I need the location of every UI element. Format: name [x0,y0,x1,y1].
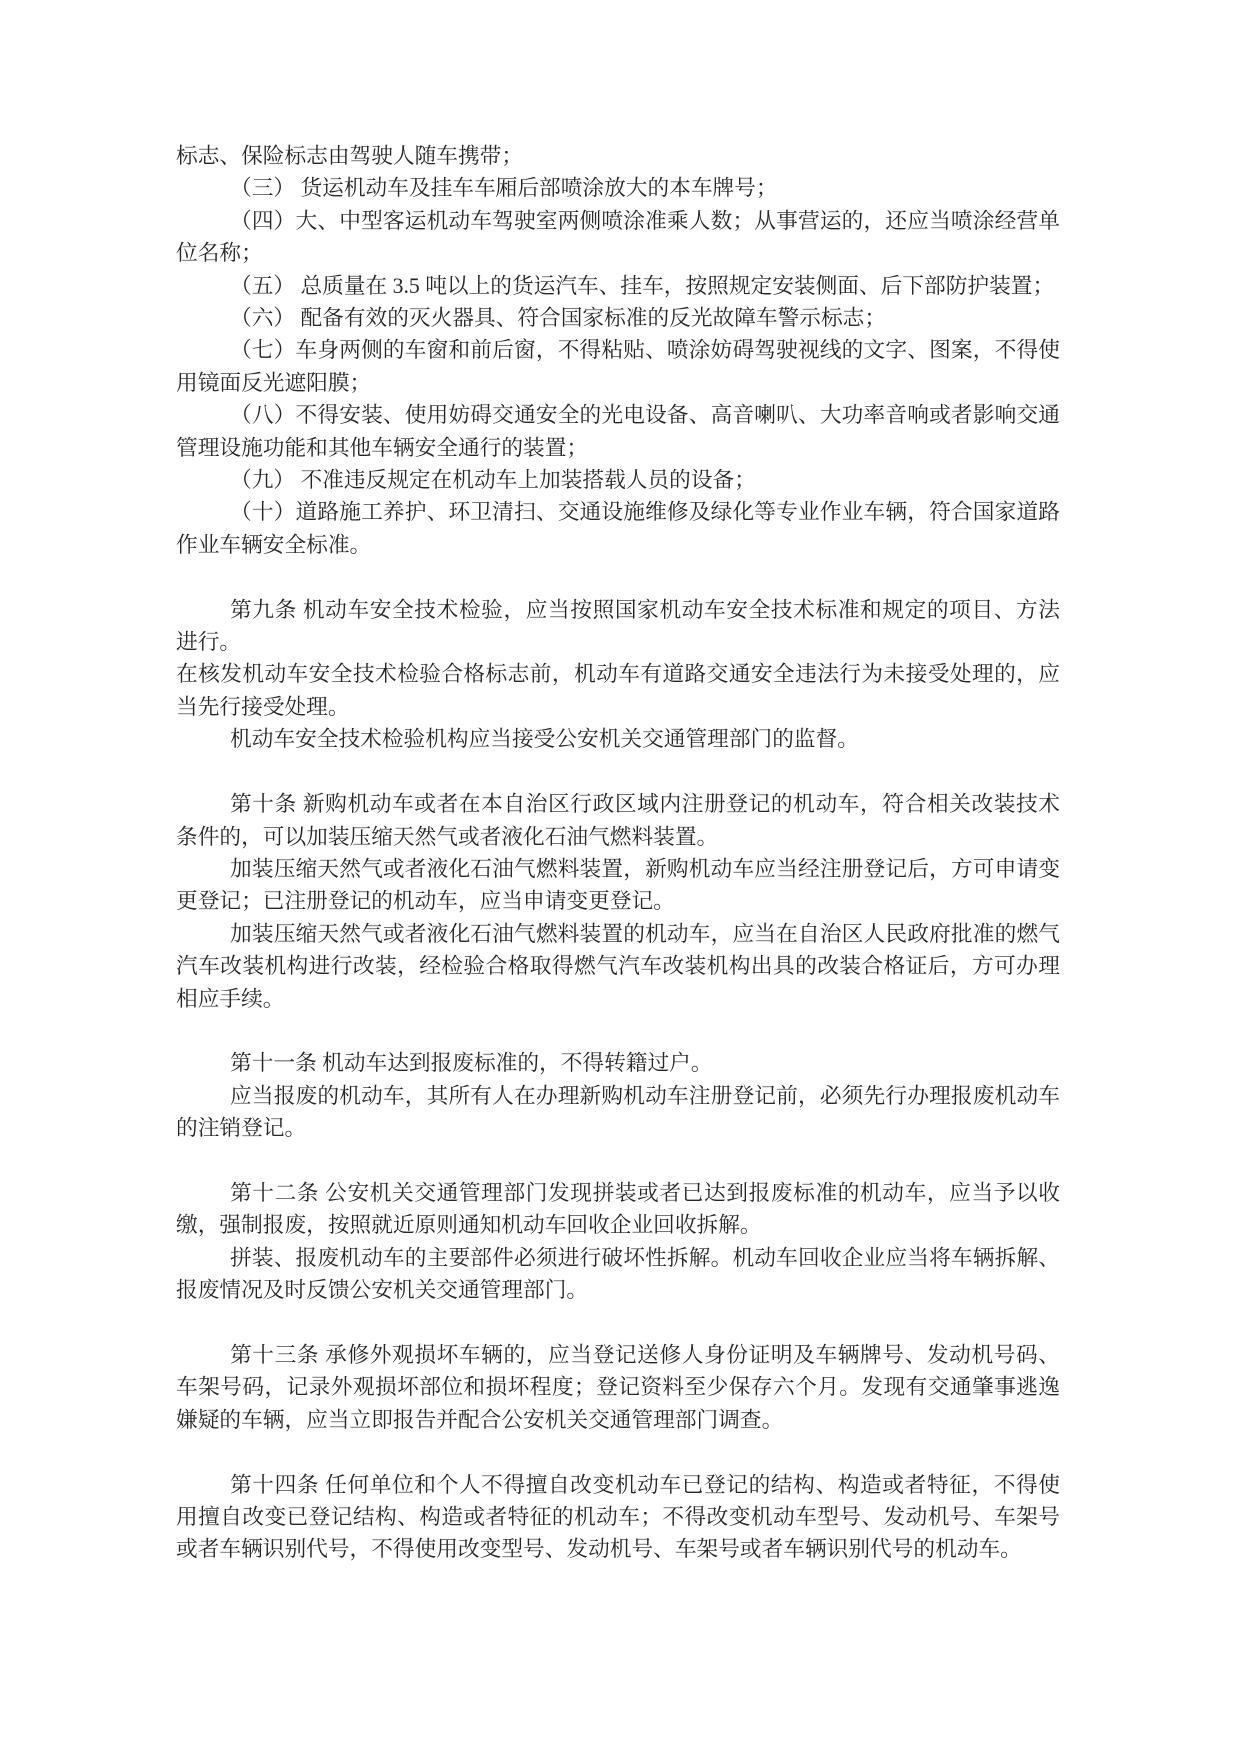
text-line: （八）不得安装、使用妨碍交通安全的光电设备、高音喇叭、大功率音响或者影响交通 [176,399,1060,431]
document-body: 标志、保险标志由驾驶人随车携带； （三） 货运机动车及挂车车厢后部喷涂放大的本车… [176,140,1060,1566]
text-line: 位名称； [176,237,1060,269]
text-line: 应当报废的机动车，其所有人在办理新购机动车注册登记前，必须先行办理报废机动车 [176,1080,1060,1112]
text-line: 拼装、报废机动车的主要部件必须进行破坏性拆解。机动车回收企业应当将车辆拆解、 [176,1242,1060,1274]
paragraph-block-article-12: 第十二条 公安机关交通管理部门发现拼装或者已达到报废标准的机动车，应当予以收 缴… [176,1177,1060,1307]
document-page: 标志、保险标志由驾驶人随车携带； （三） 货运机动车及挂车车厢后部喷涂放大的本车… [0,0,1241,1754]
text-line: （六） 配备有效的灭火器具、符合国家标准的反光故障车警示标志； [176,302,1060,334]
text-line: 用镜面反光遮阳膜； [176,367,1060,399]
text-line: 嫌疑的车辆，应当立即报告并配合公安机关交通管理部门调查。 [176,1404,1060,1436]
text-line: 相应手续。 [176,983,1060,1015]
text-line: 第十二条 公安机关交通管理部门发现拼装或者已达到报废标准的机动车，应当予以收 [176,1177,1060,1209]
text-line: （四）大、中型客运机动车驾驶室两侧喷涂准乘人数；从事营运的，还应当喷涂经营单 [176,205,1060,237]
paragraph-block-vehicle-requirement-items: 标志、保险标志由驾驶人随车携带； （三） 货运机动车及挂车车厢后部喷涂放大的本车… [176,140,1060,561]
text-line: （十）道路施工养护、环卫清扫、交通设施维修及绿化等专业作业车辆，符合国家道路 [176,496,1060,528]
text-line: 第十一条 机动车达到报废标准的，不得转籍过户。 [176,1047,1060,1079]
paragraph-block-article-9: 第九条 机动车安全技术检验，应当按照国家机动车安全技术标准和规定的项目、方法 进… [176,594,1060,756]
text-line: 车架号码，记录外观损坏部位和损坏程度；登记资料至少保存六个月。发现有交通肇事逃逸 [176,1371,1060,1403]
text-line: 加装压缩天然气或者液化石油气燃料装置的机动车，应当在自治区人民政府批准的燃气 [176,918,1060,950]
text-line: 在核发机动车安全技术检验合格标志前，机动车有道路交通安全违法行为未接受处理的，应 [176,658,1060,690]
text-line: 作业车辆安全标准。 [176,529,1060,561]
text-line: 汽车改装机构进行改装，经检验合格取得燃气汽车改装机构出具的改装合格证后，方可办理 [176,950,1060,982]
text-line: 管理设施功能和其他车辆安全通行的装置； [176,432,1060,464]
text-line: 机动车安全技术检验机构应当接受公安机关交通管理部门的监督。 [176,723,1060,755]
text-line: 当先行接受处理。 [176,691,1060,723]
text-line: 标志、保险标志由驾驶人随车携带； [176,140,1060,172]
text-line: 缴，强制报废，按照就近原则通知机动车回收企业回收拆解。 [176,1209,1060,1241]
text-line: （七）车身两侧的车窗和前后窗，不得粘贴、喷涂妨碍驾驶视线的文字、图案，不得使 [176,334,1060,366]
text-line: （三） 货运机动车及挂车车厢后部喷涂放大的本车牌号； [176,172,1060,204]
paragraph-block-article-14: 第十四条 任何单位和个人不得擅自改变机动车已登记的结构、构造或者特征，不得使 用… [176,1469,1060,1566]
text-line: 报废情况及时反馈公安机关交通管理部门。 [176,1274,1060,1306]
text-line: 更登记；已注册登记的机动车，应当申请变更登记。 [176,885,1060,917]
text-line: 或者车辆识别代号，不得使用改变型号、发动机号、车架号或者车辆识别代号的机动车。 [176,1533,1060,1565]
paragraph-block-article-13: 第十三条 承修外观损坏车辆的，应当登记送修人身份证明及车辆牌号、发动机号码、 车… [176,1339,1060,1436]
text-line: 条件的，可以加装压缩天然气或者液化石油气燃料装置。 [176,821,1060,853]
text-line: 第十四条 任何单位和个人不得擅自改变机动车已登记的结构、构造或者特征，不得使 [176,1469,1060,1501]
text-line: 第十条 新购机动车或者在本自治区行政区域内注册登记的机动车，符合相关改装技术 [176,788,1060,820]
text-line: 第十三条 承修外观损坏车辆的，应当登记送修人身份证明及车辆牌号、发动机号码、 [176,1339,1060,1371]
text-line: 第九条 机动车安全技术检验，应当按照国家机动车安全技术标准和规定的项目、方法 [176,594,1060,626]
paragraph-block-article-11: 第十一条 机动车达到报废标准的，不得转籍过户。 应当报废的机动车，其所有人在办理… [176,1047,1060,1144]
text-line: （九） 不准违反规定在机动车上加装搭载人员的设备； [176,464,1060,496]
text-line: 用擅自改变已登记结构、构造或者特征的机动车；不得改变机动车型号、发动机号、车架号 [176,1501,1060,1533]
text-line: 进行。 [176,626,1060,658]
text-line: 的注销登记。 [176,1112,1060,1144]
paragraph-block-article-10: 第十条 新购机动车或者在本自治区行政区域内注册登记的机动车，符合相关改装技术 条… [176,788,1060,1015]
text-line: 加装压缩天然气或者液化石油气燃料装置，新购机动车应当经注册登记后，方可申请变 [176,853,1060,885]
text-line: （五） 总质量在 3.5 吨以上的货运汽车、挂车，按照规定安装侧面、后下部防护装… [176,270,1060,302]
